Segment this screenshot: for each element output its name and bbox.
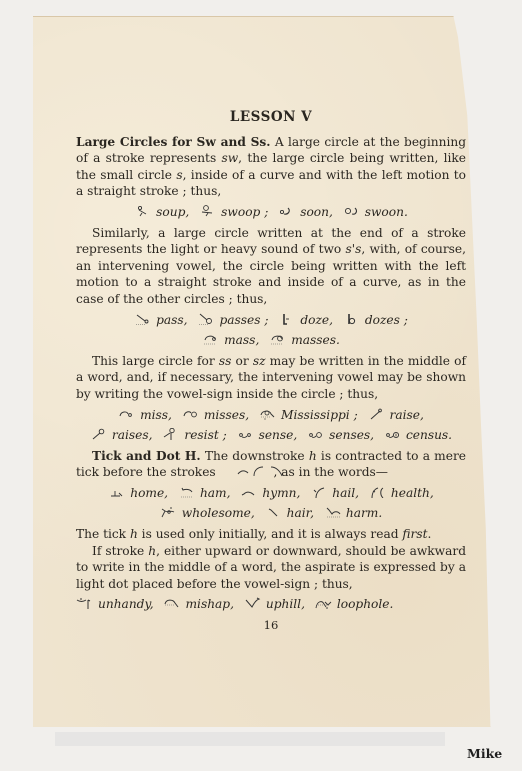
example-row-ses-2: mass, masses. — [76, 332, 466, 349]
shorthand-dozes-icon — [343, 313, 361, 325]
page-content: LESSON V Large Circles for Sw and Ss. A … — [76, 109, 466, 634]
paragraph-tick-initial: The tick h is used only initially, and i… — [76, 526, 466, 543]
shorthand-masses-icon — [269, 333, 287, 345]
example-row-dot-h: unhandy, mishap, uphill, loophole. — [76, 596, 466, 613]
shorthand-health-icon — [369, 486, 387, 498]
paragraph-tick-dot-h: Tick and Dot H. The downstroke h is cont… — [76, 448, 466, 481]
shorthand-hair-icon — [265, 506, 283, 518]
shorthand-ham-icon — [178, 486, 196, 498]
book-page: LESSON V Large Circles for Sw and Ss. A … — [33, 16, 495, 727]
section-heading-tick-dot-h: Tick and Dot H. — [92, 449, 201, 463]
shorthand-misses-icon — [182, 408, 200, 420]
shorthand-doze-icon — [278, 313, 296, 325]
example-row-middle-1: miss, misses, Mississippi ; raise, — [76, 407, 466, 424]
paragraph-dot-h: If stroke h, either upward or downward, … — [76, 543, 466, 593]
shorthand-mass-icon — [202, 333, 220, 345]
section-heading-large-circles: Large Circles for Sw and Ss. — [76, 135, 270, 149]
paragraph-middle-circle: This large circle for ss or sz may be wr… — [76, 353, 466, 403]
bleed-through-shadow — [55, 732, 445, 746]
shorthand-loophole-icon — [315, 597, 333, 609]
example-row-tick-1: home, ham, hymn, hail, health, — [76, 485, 466, 502]
shorthand-wholesome-icon — [160, 506, 178, 518]
example-row-middle-2: raises, resist ; sense, senses, census. — [76, 427, 466, 444]
page-number: 16 — [76, 617, 466, 634]
shorthand-soup-icon — [134, 205, 152, 217]
lesson-title: LESSON V — [76, 109, 466, 126]
shorthand-census-icon — [384, 428, 402, 440]
shorthand-mishap-icon — [163, 597, 181, 609]
example-row-tick-2: wholesome, hair, harm. — [76, 505, 466, 522]
shorthand-soon-icon — [278, 205, 296, 217]
shorthand-sense-icon — [237, 428, 255, 440]
shorthand-hail-icon — [310, 486, 328, 498]
signature-label: Mike — [467, 746, 502, 761]
shorthand-miss-icon — [118, 408, 136, 420]
shorthand-uphill-icon — [244, 597, 262, 609]
shorthand-raises-icon — [90, 428, 108, 440]
shorthand-home-icon — [108, 486, 126, 498]
shorthand-swoop-icon — [199, 205, 217, 217]
shorthand-resist-icon — [162, 428, 180, 440]
shorthand-passes-icon — [197, 313, 215, 325]
shorthand-pass-icon — [134, 313, 152, 325]
example-row-sw: soup, swoop ; soon, swoon. — [76, 204, 466, 221]
shorthand-raise-icon — [368, 408, 386, 420]
shorthand-hymn-icon — [240, 486, 258, 498]
paragraph-end-circle: Similarly, a large circle written at the… — [76, 225, 466, 308]
shorthand-unhandy-icon — [76, 597, 94, 609]
shorthand-harm-icon — [324, 506, 342, 518]
paragraph-large-circles: Large Circles for Sw and Ss. A large cir… — [76, 134, 466, 200]
shorthand-swoon-icon — [343, 205, 361, 217]
shorthand-mississippi-icon — [259, 408, 277, 420]
example-row-ses-1: pass, passes ; doze, dozes ; — [76, 312, 466, 329]
shorthand-strokes-m-l-r-icon — [220, 465, 270, 477]
shorthand-senses-icon — [307, 428, 325, 440]
